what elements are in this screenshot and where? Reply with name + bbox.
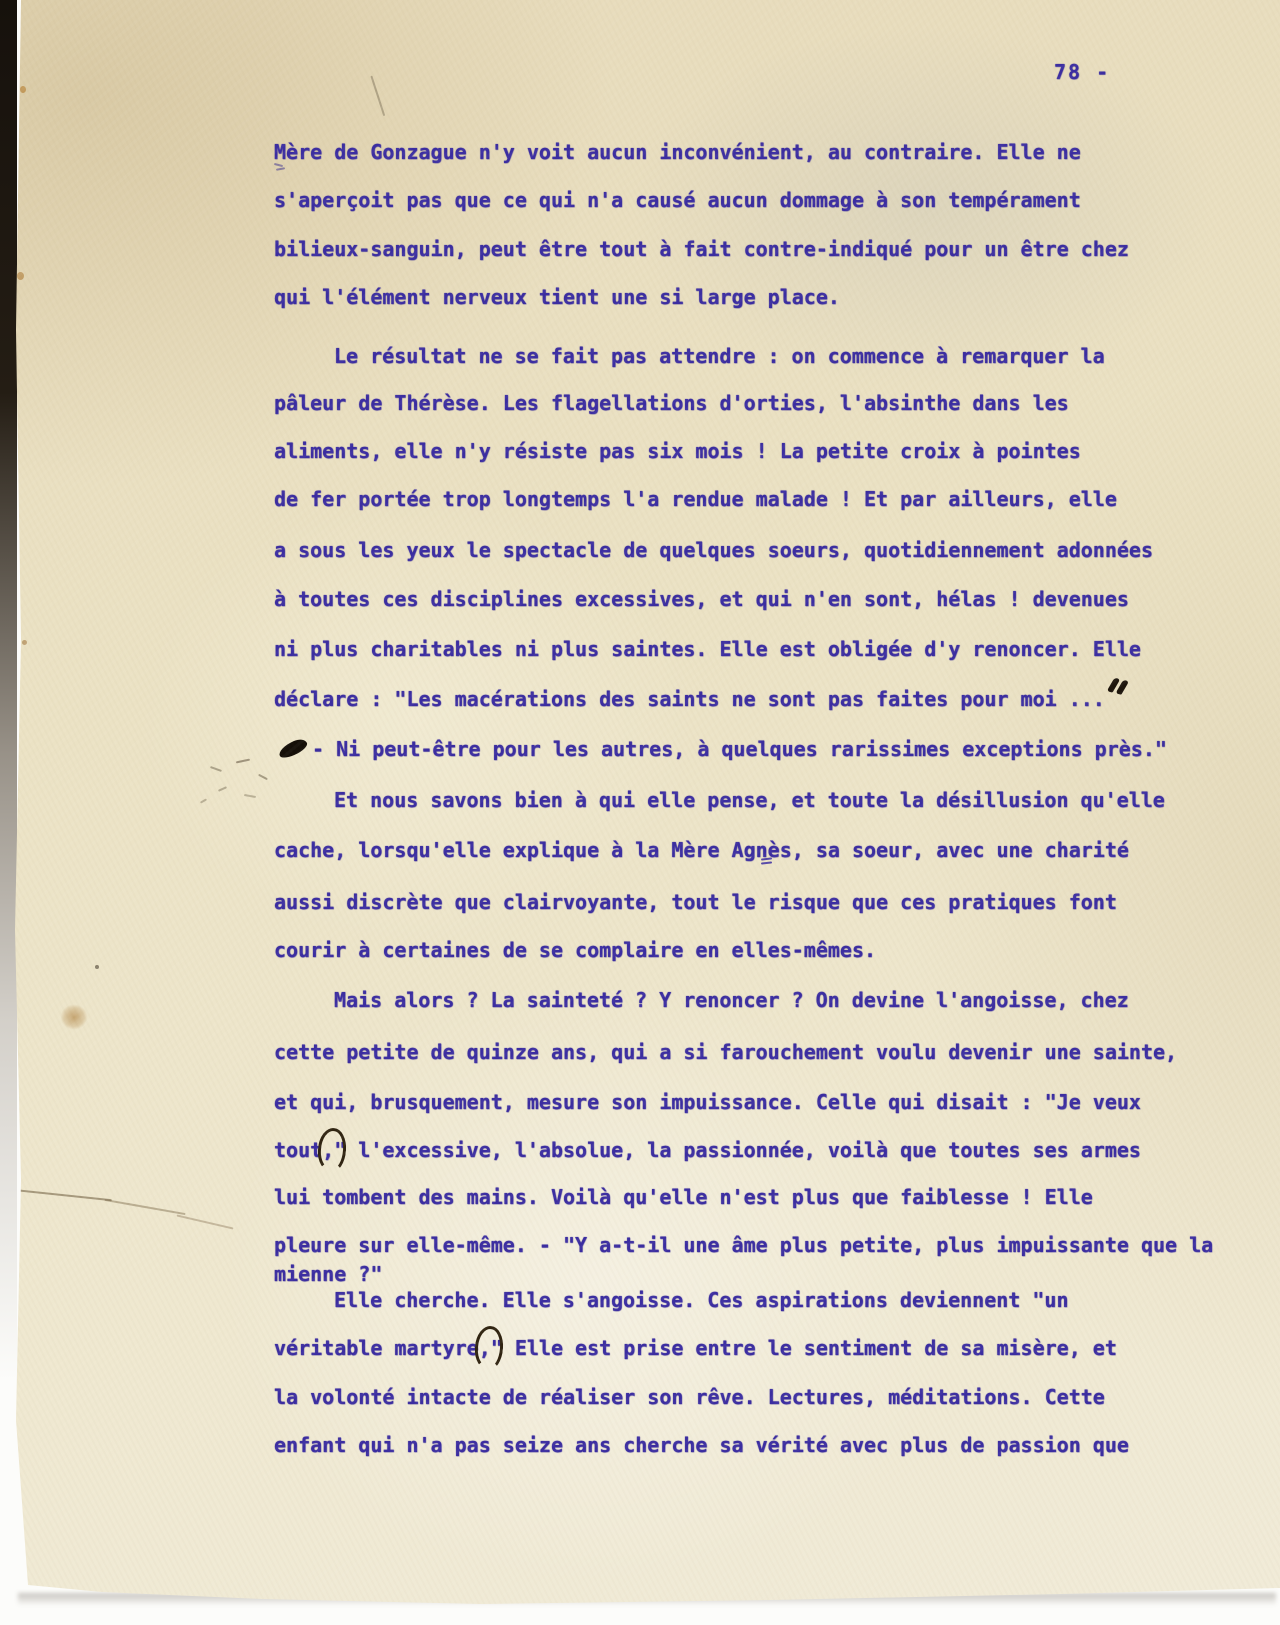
typed-line: véritable martyre," Elle est prise entre… [274,1336,1117,1360]
paper-scratch [371,76,385,116]
faint-margin-scribble [274,163,286,171]
typed-line: cache, lorsqu'elle explique à la Mère Ag… [274,838,1129,862]
typed-line: bilieux-sanguin, peut être tout à fait c… [274,237,1129,261]
typed-line: lui tombent des mains. Voilà qu'elle n'e… [274,1185,1093,1209]
page-number: 78 - [1054,60,1110,84]
typed-line: ni plus charitables ni plus saintes. Ell… [274,637,1141,661]
typed-line: Le résultat ne se fait pas attendre : on… [334,344,1105,368]
paper-speck [17,272,24,280]
paper-crease [104,1199,185,1215]
manuscript-page: 78 - Mère de Gonzague n'y voit aucun inc… [12,0,1280,1604]
typed-line: de fer portée trop longtemps l'a rendue … [274,487,1117,511]
pencil-smudge [200,798,207,803]
pencil-smudge [210,766,222,772]
paper-crease [177,1215,234,1230]
paper-speck [20,86,26,93]
handwritten-ink-blob [277,736,310,760]
typed-line: - Ni peut-être pour les autres, à quelqu… [312,737,1167,761]
pencil-smudge [258,774,268,780]
scanner-edge-shadow [0,0,17,1570]
typed-line: s'aperçoit pas que ce qui n'a causé aucu… [274,188,1081,212]
pencil-smudge [244,794,256,798]
typed-line: mienne ?" [274,1262,382,1286]
paper-speck [22,640,27,645]
handwritten-loop-around-comma-quote-tout [316,1127,347,1173]
typed-line: tout," l'excessive, l'absolue, la passio… [274,1138,1141,1162]
typed-line: a sous les yeux le spectacle de quelques… [274,538,1153,562]
typed-line: pleure sur elle-même. - "Y a-t-il une âm… [274,1233,1213,1257]
handwritten-closing-quote-mark [1107,676,1131,700]
typed-line: Et nous savons bien à qui elle pense, et… [334,788,1165,812]
accent-correction-under-agnes [761,858,773,864]
typed-line: Elle cherche. Elle s'angoisse. Ces aspir… [334,1288,1069,1312]
paper-speck [95,965,99,969]
typed-line: la volonté intacte de réaliser son rêve.… [274,1385,1105,1409]
pencil-smudge [218,786,227,791]
typed-line: aliments, elle n'y résiste pas six mois … [274,439,1081,463]
typed-line: courir à certaines de se complaire en el… [274,938,876,962]
brown-stain [56,1000,92,1034]
pencil-smudge [236,759,250,764]
typed-line: et qui, brusquement, mesure son impuissa… [274,1090,1141,1114]
typed-line: déclare : "Les macérations des saints ne… [274,687,1105,711]
paper-crease [12,1189,112,1201]
typed-line: enfant qui n'a pas seize ans cherche sa … [274,1433,1129,1457]
typed-line: Mais alors ? La sainteté ? Y renoncer ? … [334,988,1129,1012]
typed-line: qui l'élément nerveux tient une si large… [274,285,840,309]
typed-line: pâleur de Thérèse. Les flagellations d'o… [274,391,1069,415]
typed-line: aussi discrète que clairvoyante, tout le… [274,890,1117,914]
typed-line: Mère de Gonzague n'y voit aucun inconvén… [274,140,1081,164]
typed-line: cette petite de quinze ans, qui a si far… [274,1040,1177,1064]
handwritten-loop-around-comma-quote-martyre [473,1325,504,1371]
typed-line: à toutes ces disciplines excessives, et … [274,587,1129,611]
